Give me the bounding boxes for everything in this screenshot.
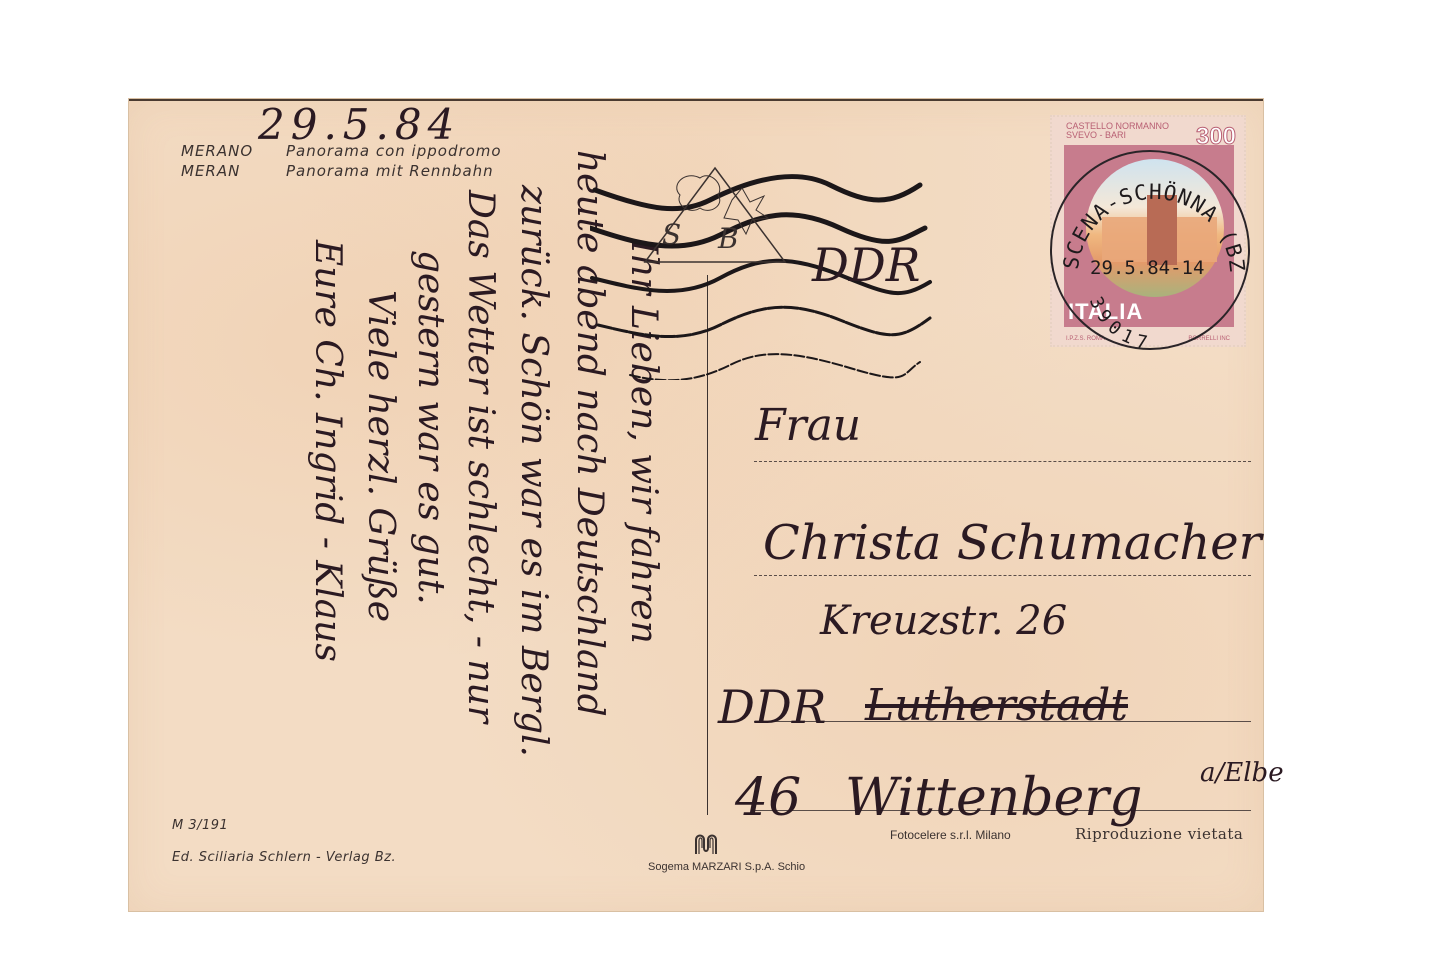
logo-initial-s: S (662, 218, 681, 251)
publisher-logo-icon (640, 160, 790, 270)
caption-place-german: MERAN (181, 162, 286, 180)
address-line-1 (754, 461, 1251, 462)
postmark-date: 29.5.84-14 (1090, 257, 1204, 279)
caption-german: MERANPanorama mit Rennbahn (181, 162, 494, 180)
stamp-title: CASTELLO NORMANNO SVEVO - BARI (1066, 122, 1169, 140)
address-line3-prefix: DDR (718, 680, 826, 734)
svg-text:39017: 39017 (1085, 294, 1155, 350)
address-postcode: 46 (735, 768, 801, 828)
logo-initial-b: B (718, 222, 739, 255)
address-struck-city: Lutherstadt (865, 680, 1128, 731)
card-number: M 3/191 (172, 818, 228, 833)
stamp-value: 300 (1196, 123, 1236, 151)
address-salutation: Frau (755, 400, 861, 451)
reproduction-notice: Riproduzione vietata (1075, 825, 1243, 843)
postmark-town-arc: SCENA-SCHÖNNA (BZ) 39017 (1050, 150, 1250, 350)
message-line: Eure Ch. Ingrid - Klaus (307, 240, 348, 662)
message-line: gestern war es gut. (410, 250, 451, 605)
address-city-suffix: a/Elbe (1200, 758, 1284, 788)
photo-credit: Fotocelere s.r.l. Milano (890, 828, 1011, 842)
handwritten-country-mark: DDR (812, 238, 920, 292)
address-street: Kreuzstr. 26 (820, 598, 1067, 644)
address-name: Christa Schumacher (763, 515, 1262, 571)
publisher-credit: Ed. Sciliaria Schlern - Verlag Bz. (172, 850, 396, 865)
caption-text-german: Panorama mit Rennbahn (286, 162, 494, 180)
marzari-logo-icon (694, 832, 718, 856)
address-line-2 (754, 575, 1251, 576)
svg-text:SCENA-SCHÖNNA (BZ): SCENA-SCHÖNNA (BZ) (1050, 150, 1249, 274)
message-line: Viele herzl. Grüße (360, 290, 401, 622)
message-line: zurück. Schön war es im Bergl. (513, 185, 554, 757)
stamp-title-line2: SVEVO - BARI (1066, 131, 1169, 140)
printer-credit-center: Sogema MARZARI S.p.A. Schio (648, 861, 805, 873)
handwritten-date: 29.5.84 (258, 100, 460, 149)
address-city: Wittenberg (845, 768, 1142, 828)
message-line: Das Wetter ist schlecht, - nur (460, 190, 501, 723)
